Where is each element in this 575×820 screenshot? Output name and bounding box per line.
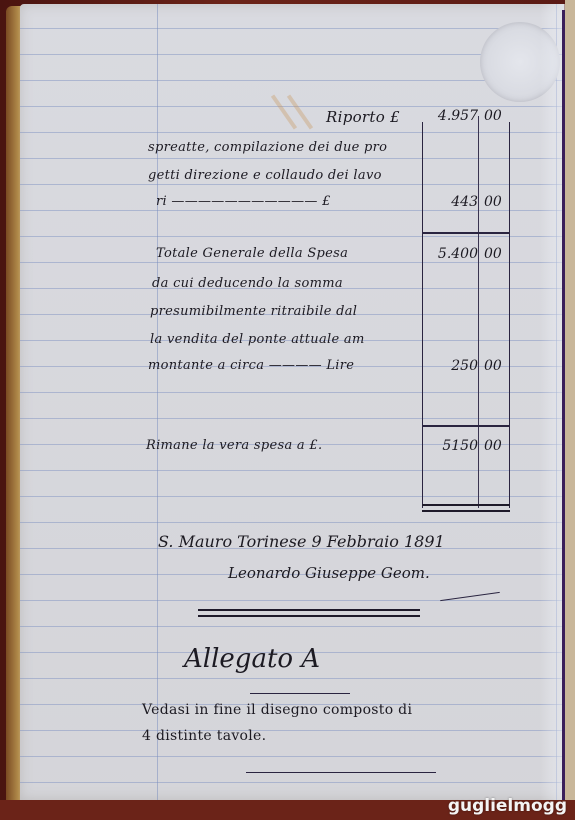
grand-total-lire: 5.400 bbox=[422, 246, 478, 262]
closing-double-rule bbox=[422, 504, 510, 512]
ruled-line bbox=[20, 678, 564, 679]
net-cost-cents: 00 bbox=[484, 438, 502, 454]
total-rule bbox=[422, 425, 510, 427]
cents-divider bbox=[478, 116, 479, 508]
ruled-line bbox=[20, 106, 564, 107]
ruled-line bbox=[20, 28, 564, 29]
photographer-watermark: guglielmogg bbox=[448, 796, 567, 816]
ruled-line bbox=[20, 782, 564, 783]
place-date: S. Mauro Torinese 9 Febbraio 1891 bbox=[158, 532, 445, 551]
signature-double-rule bbox=[198, 609, 420, 617]
ruled-line bbox=[20, 80, 564, 81]
entry-2-line-4: la vendita del ponte attuale am bbox=[150, 332, 365, 347]
entry-1-line-3: ri ——————————— £ bbox=[156, 194, 331, 209]
annex-title-underline bbox=[250, 693, 350, 694]
entry-2-line-2: da cui deducendo la somma bbox=[152, 276, 343, 291]
ledger-page: Riporto £ 4.957 00 spreatte, compilazion… bbox=[20, 4, 564, 800]
net-cost-label: Rimane la vera spesa a £. bbox=[146, 438, 322, 453]
carried-forward-label: Riporto £ bbox=[326, 108, 400, 126]
entry-1-line-1: spreatte, compilazione dei due pro bbox=[148, 140, 387, 155]
ruled-line bbox=[20, 730, 564, 731]
signature: Leonardo Giuseppe Geom. bbox=[228, 564, 430, 582]
facing-page-edge bbox=[565, 0, 575, 820]
entry-1-cents: 00 bbox=[484, 194, 502, 210]
entry-2-line-3: presumibilmente ritraibile dal bbox=[150, 304, 357, 319]
subtotal-rule bbox=[422, 232, 510, 234]
closing-rule bbox=[246, 772, 436, 773]
entry-2-line-5: montante a circa ———— Lire bbox=[148, 358, 354, 373]
entry-2-line-1: Totale Generale della Spesa bbox=[156, 246, 348, 261]
entry-1-line-2: getti direzione e collaudo dei lavo bbox=[148, 168, 382, 183]
annex-title: Allegato A bbox=[184, 644, 320, 674]
margin-line-left bbox=[157, 4, 158, 800]
annex-text-line-1: Vedasi in fine il disegno composto di bbox=[142, 702, 412, 718]
grand-total-cents: 00 bbox=[484, 246, 502, 262]
ruled-line bbox=[20, 522, 564, 523]
deduction-cents: 00 bbox=[484, 358, 502, 374]
ruled-line bbox=[20, 756, 564, 757]
entry-1-lire: 443 bbox=[422, 194, 478, 210]
deduction-lire: 250 bbox=[422, 358, 478, 374]
annex-text-line-2: 4 distinte tavole. bbox=[142, 728, 266, 744]
ruled-line bbox=[20, 600, 564, 601]
net-cost-lire: 5150 bbox=[422, 438, 478, 454]
ruled-line bbox=[20, 626, 564, 627]
